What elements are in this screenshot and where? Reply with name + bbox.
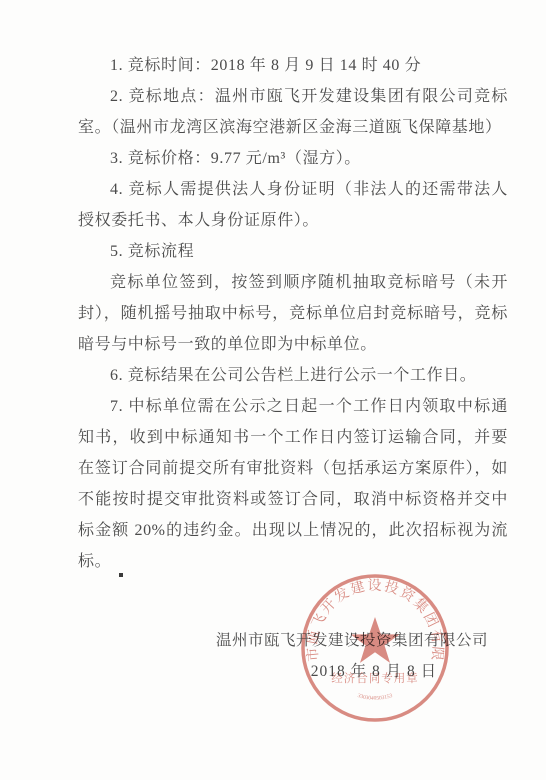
signature-block: 温州市瓯飞开发建设投资集团有限公司 2018 年 8 月 8 日 bbox=[216, 628, 484, 681]
paragraph-award-terms: 7. 中标单位需在公示之日起一个工作日内领取中标通知书，收到中标通知书一个工作日… bbox=[78, 391, 508, 577]
document-body: 1. 竞标时间：2018 年 8 月 9 日 14 时 40 分 2. 竞标地点… bbox=[78, 50, 508, 577]
paragraph-result-notice: 6. 竞标结果在公司公告栏上进行公示一个工作日。 bbox=[78, 360, 508, 391]
paragraph-bidder-id: 4. 竞标人需提供法人身份证明（非法人的还需带法人授权委托书、本人身份证原件）。 bbox=[78, 174, 508, 236]
paragraph-process-title: 5. 竞标流程 bbox=[78, 236, 508, 267]
paragraph-process-body: 竞标单位签到，按签到顺序随机抽取竞标暗号（未开封），随机摇号抽取中标号，竞标单位… bbox=[78, 267, 508, 360]
signature-company: 温州市瓯飞开发建设投资集团有限公司 bbox=[216, 628, 484, 650]
paragraph-bid-price: 3. 竞标价格：9.77 元/m³（湿方）。 bbox=[78, 143, 508, 174]
paragraph-bid-location: 2. 竞标地点：温州市瓯飞开发建设集团有限公司竞标室。（温州市龙湾区滨海空港新区… bbox=[78, 81, 508, 143]
document-page: 1. 竞标时间：2018 年 8 月 9 日 14 时 40 分 2. 竞标地点… bbox=[0, 0, 546, 780]
signature-date: 2018 年 8 月 8 日 bbox=[240, 659, 508, 681]
seal-serial: 3303040503153 bbox=[357, 693, 394, 702]
ink-dot bbox=[119, 573, 123, 577]
paragraph-bid-time: 1. 竞标时间：2018 年 8 月 9 日 14 时 40 分 bbox=[78, 50, 508, 81]
